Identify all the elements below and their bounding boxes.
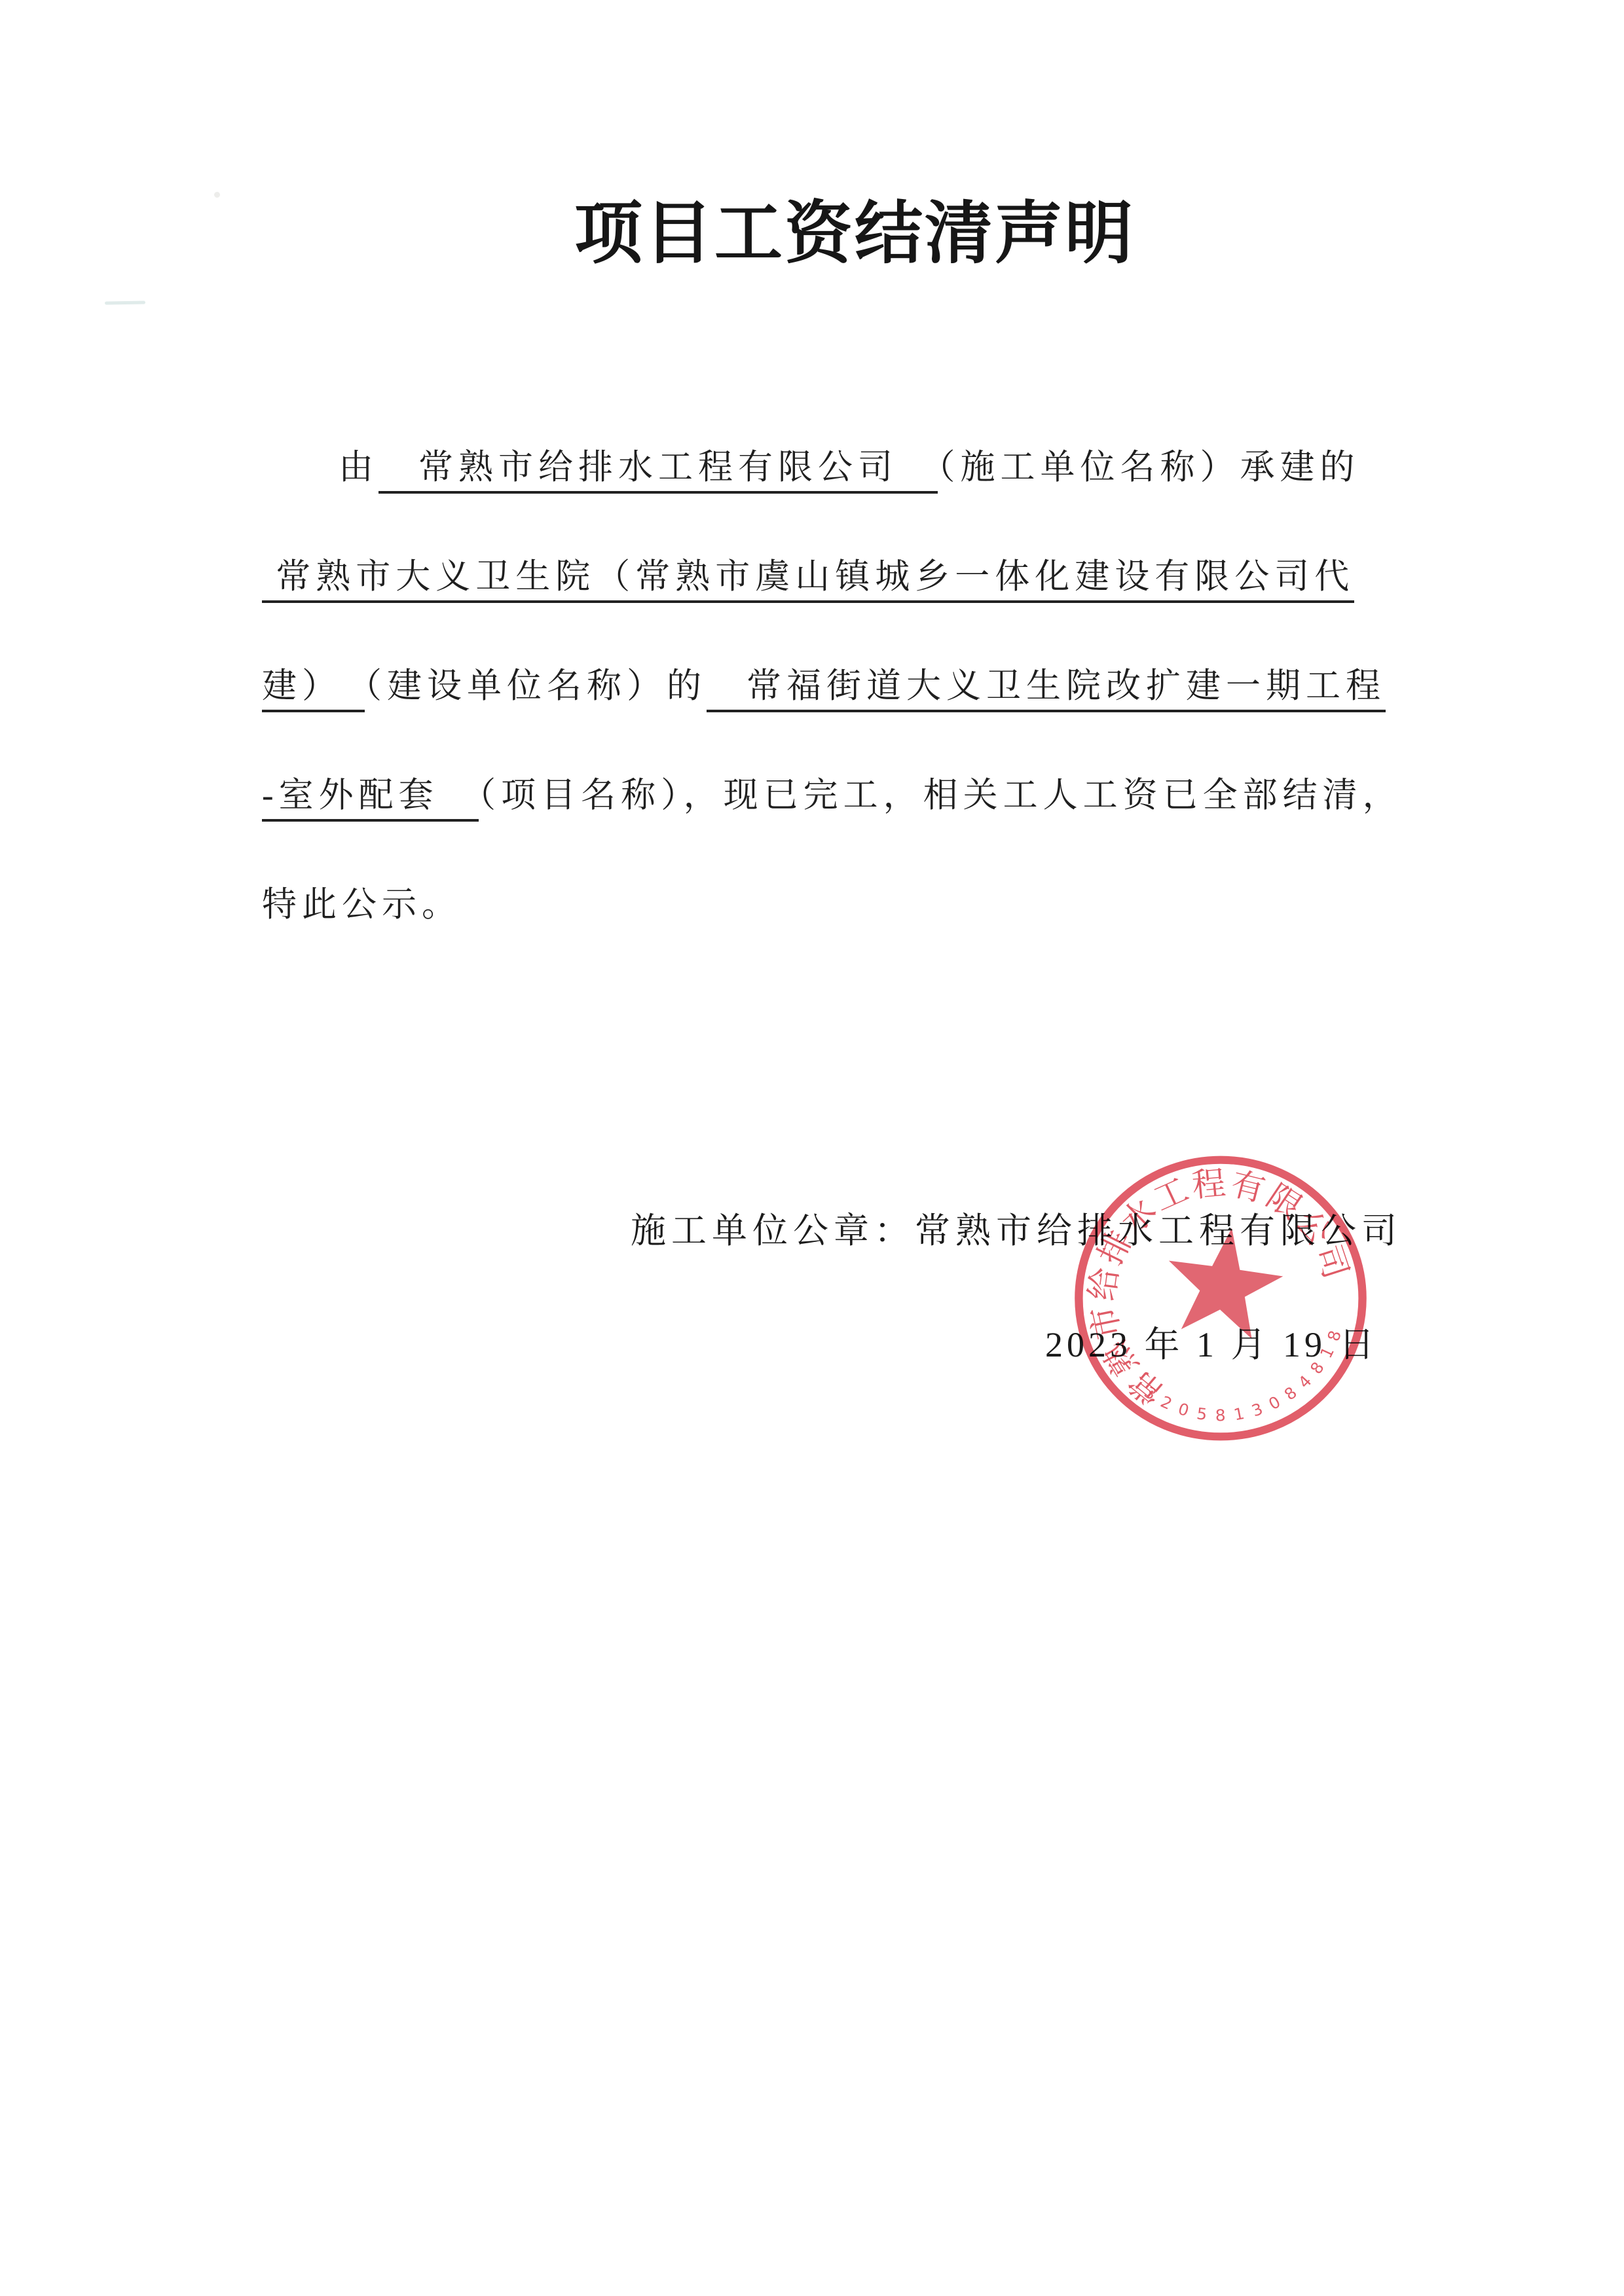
company-seal-graphic: 常熟市给排水工程有限公司 3205813084818 <box>1058 1140 1383 1457</box>
body-text: 特此公示。 <box>262 886 462 924</box>
underlined-fill-in-text: -室外配套 <box>262 776 479 822</box>
company-seal: 常熟市给排水工程有限公司 3205813084818 <box>1058 1140 1383 1457</box>
body-line: 建） （建设单位名称）的 常福街道大义卫生院改扩建一期工程 <box>262 669 1386 704</box>
body-line: 特此公示。 <box>262 888 462 922</box>
seal-serial-number: 3205813084818 <box>1141 1320 1348 1425</box>
underlined-fill-in-text: 常福街道大义卫生院改扩建一期工程 <box>707 667 1386 712</box>
scanned-document-page: { "page": { "background": "#ffffff", "te… <box>0 0 1624 2296</box>
body-line: 由 常熟市给排水工程有限公司 （施工单位名称）承建的 <box>262 450 1360 485</box>
underlined-fill-in-text: 建） <box>262 667 365 712</box>
svg-text:3205813084818: 3205813084818 <box>1141 1320 1348 1425</box>
body-text: （施工单位名称）承建的 <box>938 448 1360 486</box>
body-line: -室外配套 （项目名称），现已完工，相关工人工资已全部结清， <box>262 778 1403 813</box>
body-line: 常熟市大义卫生院（常熟市虞山镇城乡一体化建设有限公司代 <box>262 560 1354 594</box>
underlined-fill-in-text: 常熟市大义卫生院（常熟市虞山镇城乡一体化建设有限公司代 <box>262 558 1354 603</box>
body-text: （建设单位名称）的 <box>365 667 707 705</box>
body-text: （项目名称），现已完工，相关工人工资已全部结清， <box>479 776 1403 814</box>
body-text: 由 <box>339 448 378 486</box>
seal-star-icon <box>1169 1228 1283 1339</box>
underlined-fill-in-text: 常熟市给排水工程有限公司 <box>378 448 938 494</box>
